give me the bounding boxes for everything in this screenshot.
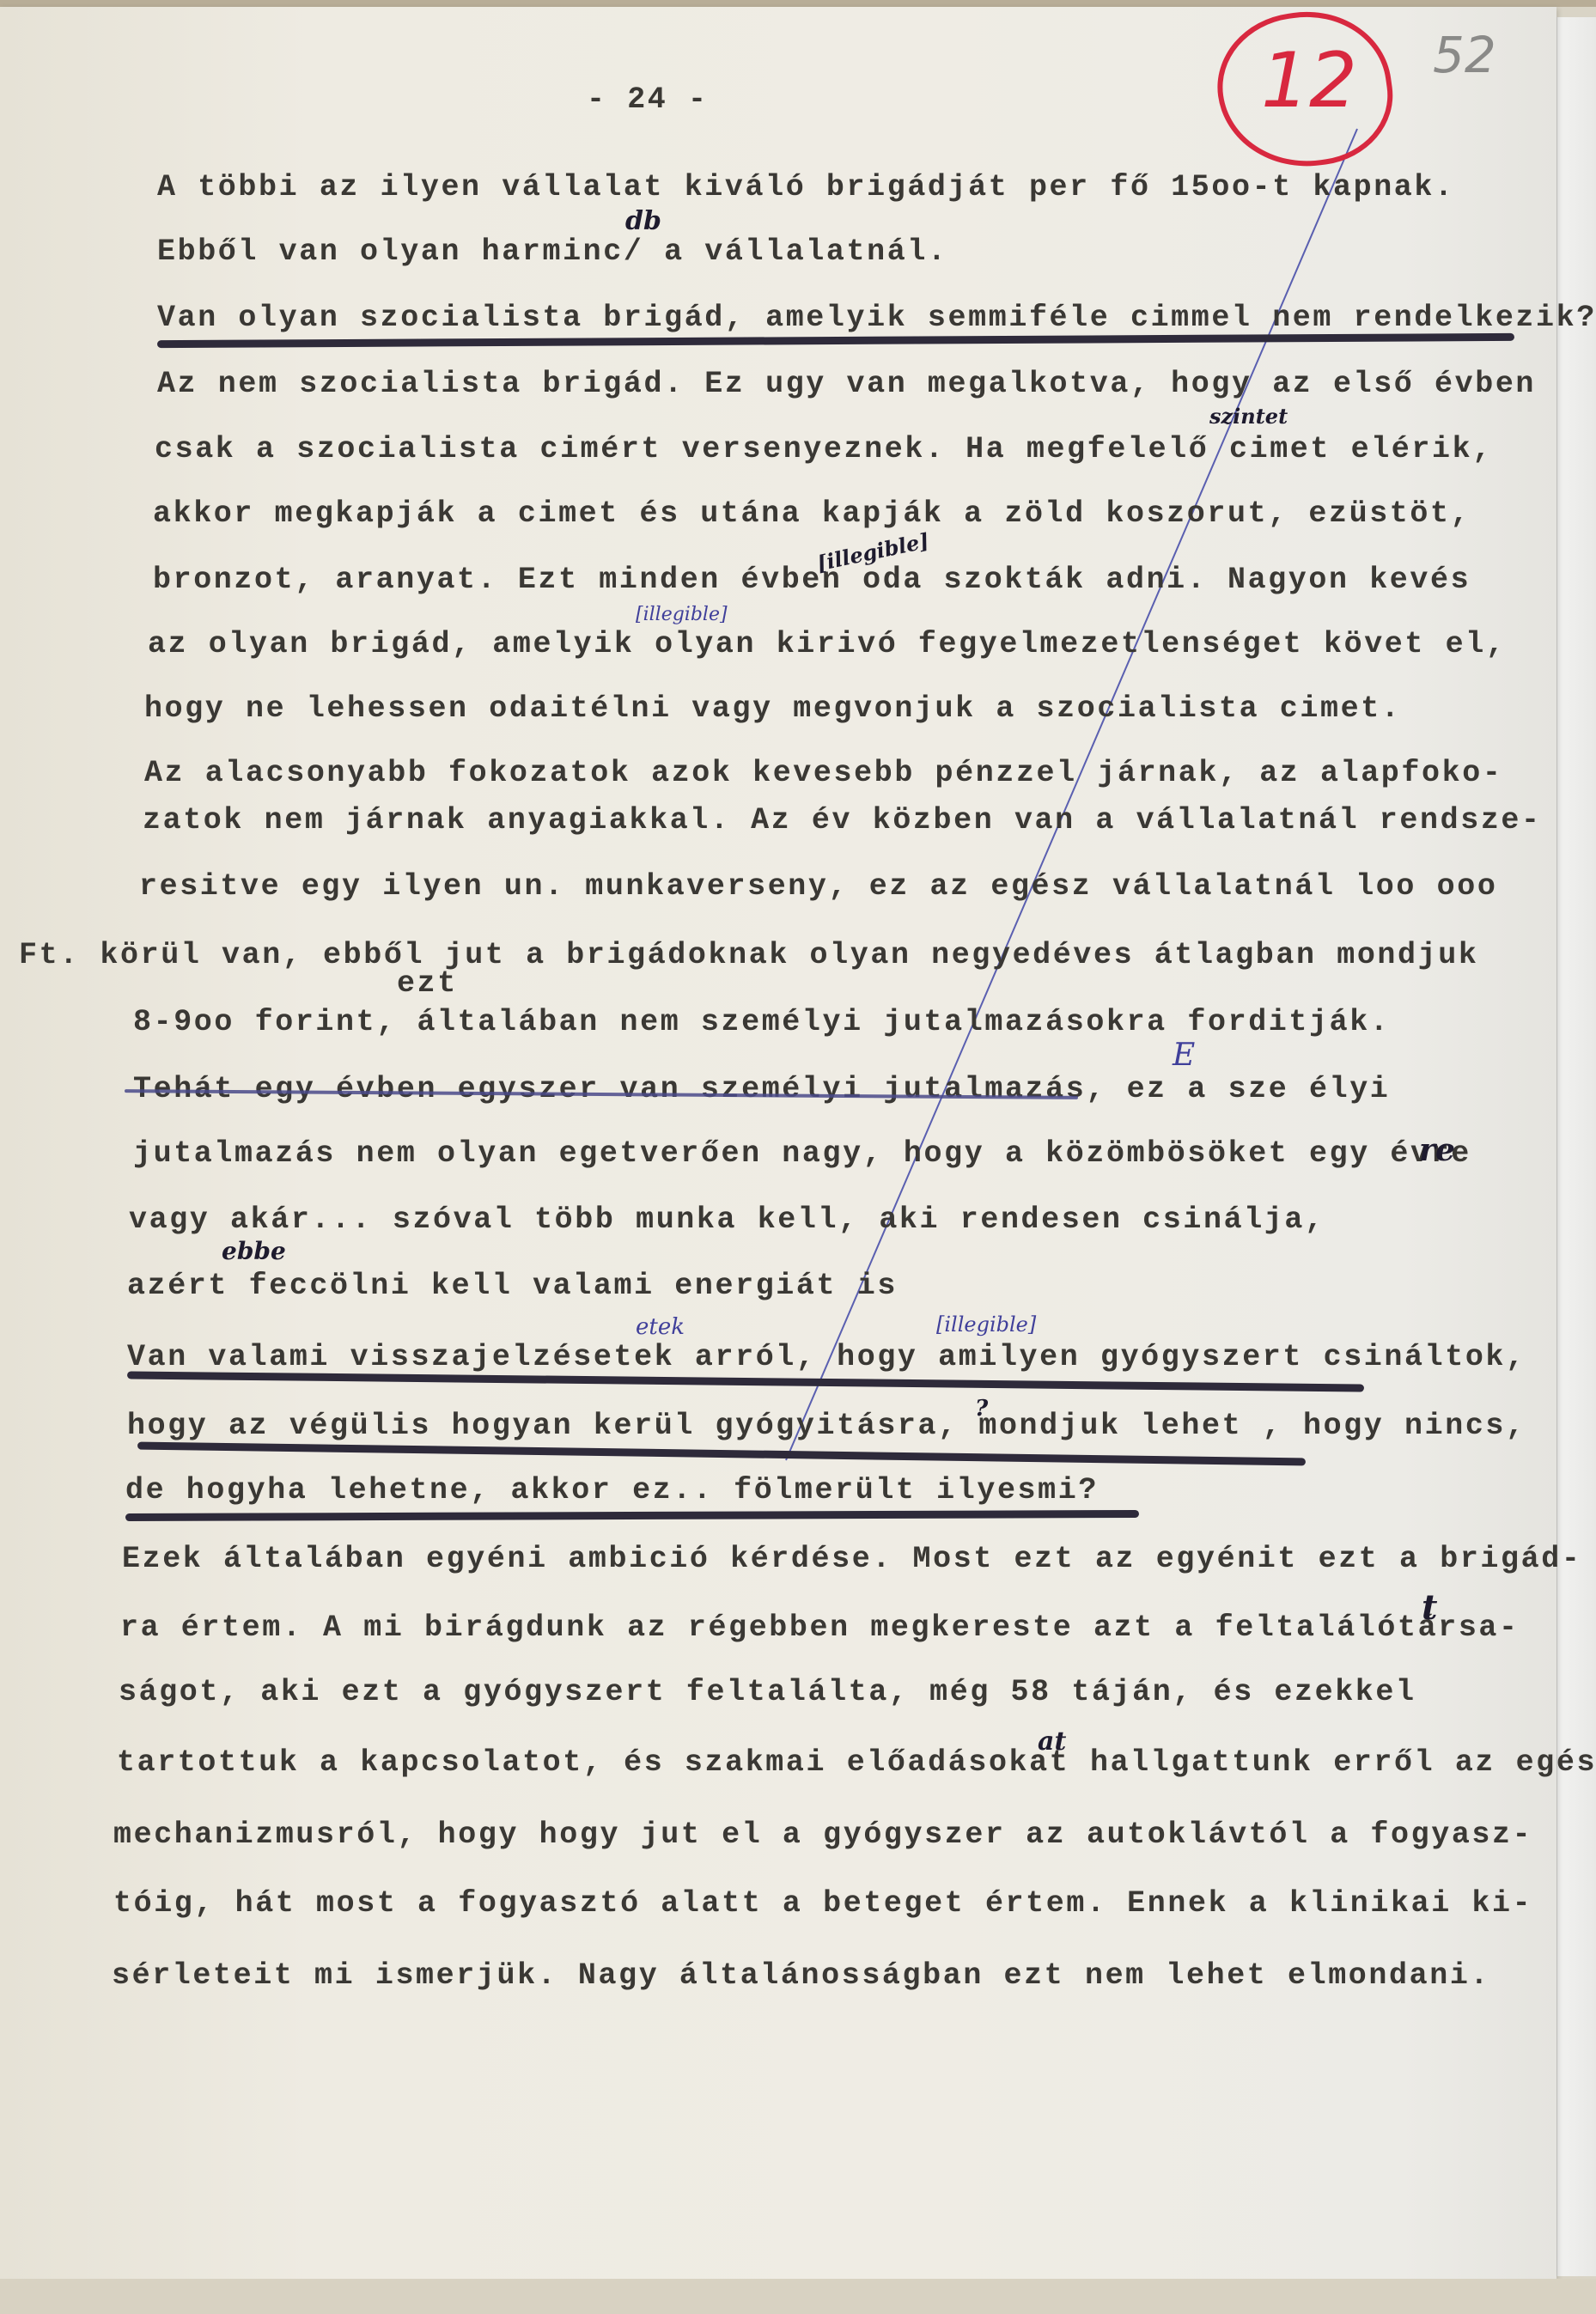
handwritten-annotation: etek xyxy=(636,1314,685,1340)
handwritten-annotation: at xyxy=(1038,1726,1066,1757)
text-line: de hogyha lehetne, akkor ez.. fölmerült … xyxy=(125,1473,1099,1507)
text-line: ságot, aki ezt a gyógyszert feltalálta, … xyxy=(119,1675,1416,1709)
text-line: tartottuk a kapcsolatot, és szakmai előa… xyxy=(117,1745,1596,1780)
text-line: 8-9oo forint, általában nem személyi jut… xyxy=(133,1005,1390,1039)
pencil-folio-number: 52 xyxy=(1433,26,1496,84)
handwritten-annotation: db xyxy=(625,206,661,236)
text-line: sérleteit mi ismerjük. Nagy általánosság… xyxy=(112,1958,1490,1993)
handwritten-annotation: [illegible] xyxy=(936,1312,1036,1337)
handwritten-annotation: re xyxy=(1419,1132,1455,1168)
handwritten-annotation: [illegible] xyxy=(636,604,728,625)
handwritten-annotation: E xyxy=(1173,1038,1195,1073)
text-line: bronzot, aranyat. Ezt minden évben oda s… xyxy=(153,563,1471,597)
text-line: hogy ne lehessen odaitélni vagy megvonju… xyxy=(144,691,1401,726)
text-line: resitve egy ilyen un. munkaverseny, ez a… xyxy=(139,869,1497,904)
text-line: Az alacsonyabb fokozatok azok kevesebb p… xyxy=(144,756,1502,790)
handwritten-annotation: ebbe xyxy=(222,1237,286,1265)
handwritten-annotation: szintet xyxy=(1209,404,1288,429)
text-line: tóig, hát most a fogyasztó alatt a beteg… xyxy=(113,1886,1532,1921)
text-line: az olyan brigád, amelyik olyan kirivó fe… xyxy=(148,627,1506,661)
interlinear-typed-word: ezt xyxy=(397,966,458,1001)
text-line: csak a szocialista cimért versenyeznek. … xyxy=(155,432,1493,466)
scan-bottom-edge xyxy=(0,2279,1596,2314)
text-line: mechanizmusról, hogy hogy jut el a gyógy… xyxy=(113,1818,1532,1852)
text-line: Van valami visszajelzésetek arról, hogy … xyxy=(127,1340,1526,1374)
scan-top-edge xyxy=(0,0,1596,7)
text-line: jutalmazás nem olyan egetverően nagy, ho… xyxy=(133,1136,1471,1171)
text-line: Tehát egy évben egyszer van személyi jut… xyxy=(133,1072,1390,1106)
handwritten-annotation: ? xyxy=(975,1396,988,1422)
page-number: - 24 - xyxy=(587,82,709,117)
text-line: Van olyan szocialista brigád, amelyik se… xyxy=(157,301,1596,335)
text-line: Ezek általában egyéni ambició kérdése. M… xyxy=(122,1542,1581,1576)
text-line: zatok nem járnak anyagiakkal. Az év közb… xyxy=(143,803,1542,837)
text-line: A többi az ilyen vállalat kiváló brigádj… xyxy=(157,170,1455,204)
text-line: hogy az végülis hogyan kerül gyógyitásra… xyxy=(127,1409,1526,1443)
text-line: ra értem. A mi birágdunk az régebben meg… xyxy=(120,1611,1520,1645)
text-line: azért feccölni kell valami energiát is xyxy=(127,1269,898,1303)
text-line: vagy akár... szóval több munka kell, aki… xyxy=(129,1203,1325,1237)
text-line: akkor megkapják a cimet és utána kapják … xyxy=(153,496,1471,531)
text-line: Ebből van olyan harminc/ a vállalatnál. xyxy=(157,234,948,269)
red-folio-number: 12 xyxy=(1261,36,1357,125)
underlying-sheet-edge xyxy=(1556,17,1596,2276)
handwritten-annotation: t xyxy=(1422,1587,1437,1628)
text-line: Ft. körül van, ebből jut a brigádoknak o… xyxy=(19,938,1478,972)
text-line: Az nem szocialista brigád. Ez ugy van me… xyxy=(157,367,1536,401)
